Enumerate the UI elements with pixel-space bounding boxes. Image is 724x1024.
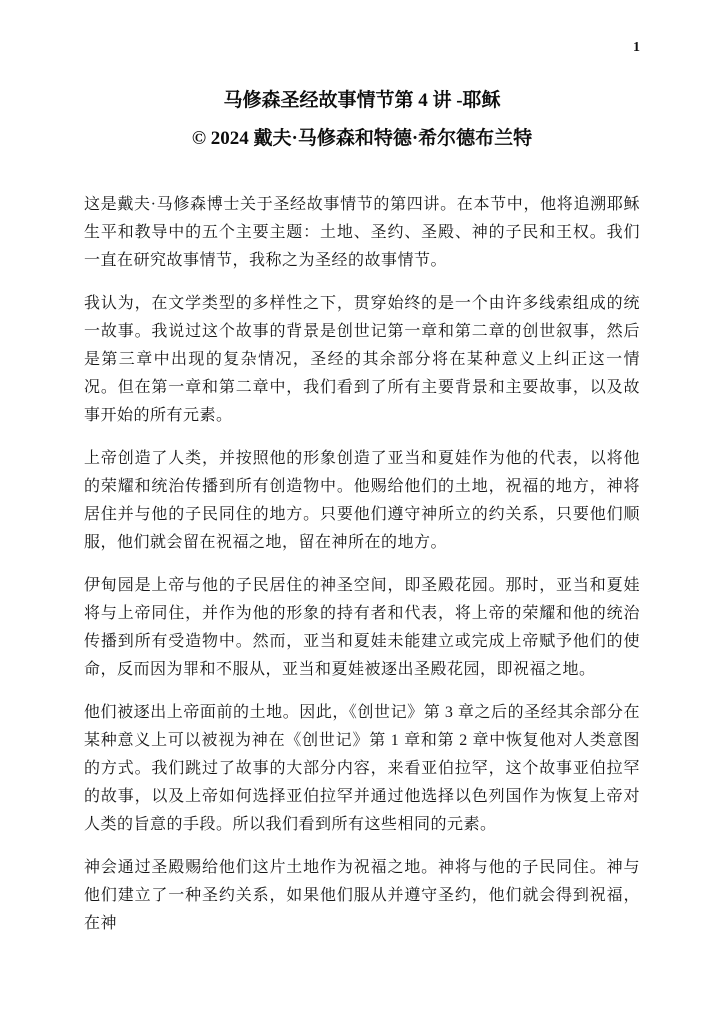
paragraph-4: 伊甸园是上帝与他的子民居住的神圣空间，即圣殿花园。那时，亚当和夏娃将与上帝同住，… bbox=[84, 572, 640, 684]
body-text: 这是戴夫·马修森博士关于圣经故事情节的第四讲。在本节中，他将追溯耶稣生平和教导中… bbox=[84, 191, 640, 938]
paragraph-1: 这是戴夫·马修森博士关于圣经故事情节的第四讲。在本节中，他将追溯耶稣生平和教导中… bbox=[84, 191, 640, 275]
paragraph-3: 上帝创造了人类，并按照他的形象创造了亚当和夏娃作为他的代表，以将他的荣耀和统治传… bbox=[84, 445, 640, 557]
page-content: 马修森圣经故事情节第 4 讲 -耶稣 © 2024 戴夫·马修森和特德·希尔德布… bbox=[0, 0, 724, 938]
paragraph-5: 他们被逐出上帝面前的土地。因此，《创世记》第 3 章之后的圣经其余部分在某种意义… bbox=[84, 699, 640, 839]
document-title: 马修森圣经故事情节第 4 讲 -耶稣 bbox=[84, 88, 640, 114]
paragraph-6: 神会通过圣殿赐给他们这片土地作为祝福之地。神将与他的子民同住。神与他们建立了一种… bbox=[84, 854, 640, 938]
page-number: 1 bbox=[633, 40, 640, 56]
copyright-line: © 2024 戴夫·马修森和特德·希尔德布兰特 bbox=[84, 126, 640, 152]
paragraph-2: 我认为，在文学类型的多样性之下，贯穿始终的是一个由许多线索组成的统一故事。我说过… bbox=[84, 290, 640, 430]
document-page: 1 马修森圣经故事情节第 4 讲 -耶稣 © 2024 戴夫·马修森和特德·希尔… bbox=[0, 0, 724, 1024]
